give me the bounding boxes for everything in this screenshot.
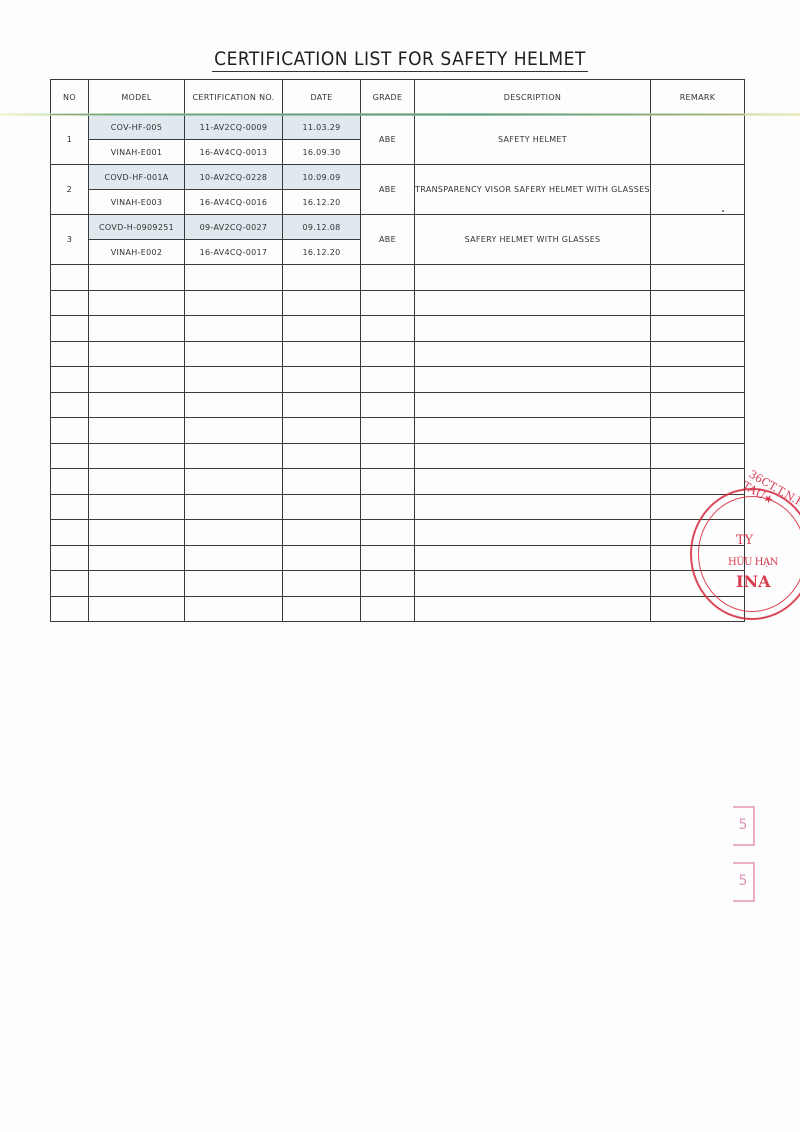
cell-model <box>89 545 185 571</box>
cell-remark <box>651 290 745 316</box>
cell-no <box>51 545 89 571</box>
table-row-empty <box>51 520 745 546</box>
cell-certification-no <box>185 443 283 469</box>
cell-model: COVD-HF-001A <box>89 165 185 190</box>
cell-model <box>89 571 185 597</box>
cell-grade <box>361 443 415 469</box>
cell-no <box>51 596 89 622</box>
cell-remark <box>651 418 745 444</box>
cell-certification-no <box>185 520 283 546</box>
table-row-empty <box>51 367 745 393</box>
cell-model: COV-HF-005 <box>89 115 185 140</box>
cell-certification-no: 16-AV4CQ-0013 <box>185 140 283 165</box>
cell-description <box>415 571 651 597</box>
cell-no <box>51 392 89 418</box>
cell-certification-no <box>185 494 283 520</box>
cell-grade <box>361 290 415 316</box>
cell-date <box>283 265 361 291</box>
document-title-text: CERTIFICATION LIST FOR SAFETY HELMET <box>212 48 588 72</box>
cell-description <box>415 367 651 393</box>
document-title: CERTIFICATION LIST FOR SAFETY HELMET <box>0 48 800 70</box>
cell-remark <box>651 571 745 597</box>
cell-date <box>283 392 361 418</box>
header-description: DESCRIPTION <box>415 80 651 115</box>
cell-remark <box>651 341 745 367</box>
cell-date: 11.03.29 <box>283 115 361 140</box>
cell-no <box>51 367 89 393</box>
cell-no: 1 <box>51 115 89 165</box>
cell-date <box>283 367 361 393</box>
cell-grade <box>361 367 415 393</box>
cell-model: VINAH-E003 <box>89 190 185 215</box>
cell-grade <box>361 316 415 342</box>
cell-description <box>415 290 651 316</box>
cell-date <box>283 418 361 444</box>
cell-certification-no: 11-AV2CQ-0009 <box>185 115 283 140</box>
cell-remark <box>651 596 745 622</box>
stamp-line3: INA <box>736 572 771 591</box>
header-model: MODEL <box>89 80 185 115</box>
cell-certification-no <box>185 545 283 571</box>
table-row-empty <box>51 571 745 597</box>
cell-description <box>415 443 651 469</box>
table-row-empty <box>51 265 745 291</box>
cell-description <box>415 545 651 571</box>
header-remark: REMARK <box>651 80 745 115</box>
cell-grade: ABE <box>361 215 415 265</box>
cell-description: SAFERY HELMET WITH GLASSES <box>415 215 651 265</box>
cell-remark <box>651 494 745 520</box>
cell-model <box>89 367 185 393</box>
cell-description <box>415 469 651 495</box>
cell-date <box>283 571 361 597</box>
cell-date: 10.09.09 <box>283 165 361 190</box>
cell-date: 16.12.20 <box>283 190 361 215</box>
cell-grade: ABE <box>361 165 415 215</box>
cell-model <box>89 443 185 469</box>
scan-speck <box>722 210 724 212</box>
cell-remark <box>651 165 745 215</box>
cell-model: VINAH-E001 <box>89 140 185 165</box>
cell-model <box>89 520 185 546</box>
cell-description: TRANSPARENCY VISOR SAFERY HELMET WITH GL… <box>415 165 651 215</box>
cell-model <box>89 392 185 418</box>
cell-description <box>415 316 651 342</box>
cell-grade <box>361 265 415 291</box>
cell-certification-no <box>185 469 283 495</box>
table-row-empty <box>51 316 745 342</box>
cell-grade <box>361 392 415 418</box>
cell-date <box>283 469 361 495</box>
cell-description <box>415 494 651 520</box>
cell-certification-no: 16-AV4CQ-0017 <box>185 240 283 265</box>
certification-table: NO MODEL CERTIFICATION NO. DATE GRADE DE… <box>50 79 745 622</box>
cell-no <box>51 469 89 495</box>
cell-remark <box>651 520 745 546</box>
cell-model <box>89 265 185 291</box>
header-grade: GRADE <box>361 80 415 115</box>
table-row-empty <box>51 418 745 444</box>
cell-description <box>415 520 651 546</box>
cell-model <box>89 418 185 444</box>
cell-date <box>283 596 361 622</box>
table-header-row: NO MODEL CERTIFICATION NO. DATE GRADE DE… <box>51 80 745 115</box>
cell-date <box>283 545 361 571</box>
cell-description: SAFETY HELMET <box>415 115 651 165</box>
cell-model <box>89 596 185 622</box>
cell-no <box>51 341 89 367</box>
cell-no <box>51 418 89 444</box>
stamp-line2: HỮU HẠN <box>728 557 778 568</box>
cell-grade <box>361 418 415 444</box>
cell-certification-no <box>185 367 283 393</box>
cell-certification-no: 16-AV4CQ-0016 <box>185 190 283 215</box>
cell-date <box>283 316 361 342</box>
header-certification-no: CERTIFICATION NO. <box>185 80 283 115</box>
cell-grade <box>361 596 415 622</box>
table-row-empty <box>51 392 745 418</box>
cell-date <box>283 494 361 520</box>
cell-date <box>283 341 361 367</box>
cell-certification-no <box>185 392 283 418</box>
page-seal-bottom: 5 <box>733 862 755 902</box>
cell-date: 09.12.08 <box>283 215 361 240</box>
cell-certification-no <box>185 571 283 597</box>
cell-model: COVD-H-0909251 <box>89 215 185 240</box>
cell-no <box>51 571 89 597</box>
cell-certification-no: 10-AV2CQ-0228 <box>185 165 283 190</box>
cell-no <box>51 494 89 520</box>
cell-no <box>51 520 89 546</box>
cell-certification-no <box>185 316 283 342</box>
cell-remark <box>651 443 745 469</box>
cell-remark <box>651 115 745 165</box>
cell-grade <box>361 494 415 520</box>
table-row-empty <box>51 443 745 469</box>
cell-certification-no <box>185 265 283 291</box>
stamp-line1: TY <box>736 533 753 548</box>
table-row-empty <box>51 596 745 622</box>
cell-model <box>89 316 185 342</box>
cell-remark <box>651 265 745 291</box>
cell-certification-no <box>185 290 283 316</box>
cell-certification-no <box>185 596 283 622</box>
cell-grade <box>361 571 415 597</box>
cell-no <box>51 265 89 291</box>
cell-model: VINAH-E002 <box>89 240 185 265</box>
cell-no: 3 <box>51 215 89 265</box>
cell-date: 16.12.20 <box>283 240 361 265</box>
cell-description <box>415 341 651 367</box>
cell-certification-no <box>185 341 283 367</box>
cell-grade <box>361 341 415 367</box>
cell-certification-no <box>185 418 283 444</box>
cell-description <box>415 596 651 622</box>
cell-grade <box>361 545 415 571</box>
cell-description <box>415 418 651 444</box>
cell-grade <box>361 469 415 495</box>
cell-date <box>283 520 361 546</box>
cell-certification-no: 09-AV2CQ-0027 <box>185 215 283 240</box>
table-row-empty <box>51 545 745 571</box>
table-row: 1 COV-HF-005 11-AV2CQ-0009 11.03.29 ABE … <box>51 115 745 140</box>
cell-no <box>51 316 89 342</box>
cell-remark <box>651 215 745 265</box>
cell-remark <box>651 469 745 495</box>
cell-model <box>89 290 185 316</box>
cell-model <box>89 494 185 520</box>
cell-model <box>89 341 185 367</box>
page-seal-top: 5 <box>733 806 755 846</box>
cell-no <box>51 290 89 316</box>
table-row: 2 COVD-HF-001A 10-AV2CQ-0228 10.09.09 AB… <box>51 165 745 190</box>
cell-date <box>283 290 361 316</box>
cell-grade: ABE <box>361 115 415 165</box>
table-row-empty <box>51 469 745 495</box>
header-date: DATE <box>283 80 361 115</box>
table-row: 3 COVD-H-0909251 09-AV2CQ-0027 09.12.08 … <box>51 215 745 240</box>
table-row-empty <box>51 341 745 367</box>
cell-remark <box>651 392 745 418</box>
cell-date: 16.09.30 <box>283 140 361 165</box>
cell-no: 2 <box>51 165 89 215</box>
cell-no <box>51 443 89 469</box>
table-row-empty <box>51 494 745 520</box>
header-no: NO <box>51 80 89 115</box>
cell-grade <box>361 520 415 546</box>
cell-description <box>415 265 651 291</box>
cell-remark <box>651 316 745 342</box>
cell-date <box>283 443 361 469</box>
cell-description <box>415 392 651 418</box>
table-row-empty <box>51 290 745 316</box>
cell-remark <box>651 367 745 393</box>
cell-model <box>89 469 185 495</box>
